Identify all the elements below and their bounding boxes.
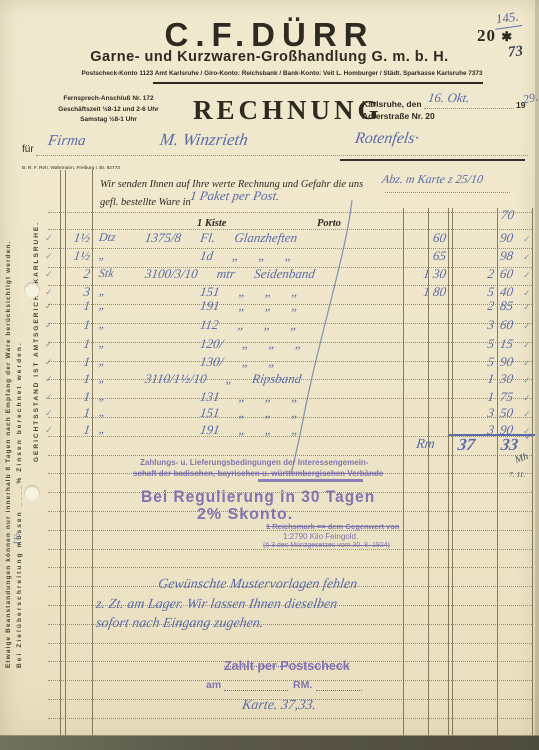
punch-hole-bottom [24, 485, 40, 501]
stamp-gold-line3: (§ 3 des Münzgesetzes vom 30. 8. 1924) [263, 542, 390, 549]
pencil-date: 7. 11. [509, 470, 525, 479]
scan-right-edge [535, 0, 539, 750]
punch-hole-top [24, 282, 40, 298]
scan-bottom-edge [0, 735, 539, 750]
pen-stroke [0, 0, 539, 750]
stamp-underline-bar [258, 479, 363, 482]
invoice-document: 145. 20 ✱ 73 C.F.DÜRR Garne- und Kurzwar… [0, 0, 539, 750]
stamp-conditions-line1: Zahlungs- u. Lieferungsbedingungen der I… [140, 458, 368, 467]
total-currency-label: Rm [415, 437, 436, 453]
stamp-postscheck: Zahlt per Postscheck [224, 659, 350, 673]
handwritten-note-line3: sofort nach Eingang zugehen. [95, 616, 264, 632]
stamp-conditions-line2: schaft der badischen, bayrischen u. würt… [133, 469, 383, 478]
stamp-gold-line2: 1:2790 Kilo Feingold. [283, 532, 358, 541]
total-amount-pf: 33 [500, 435, 520, 455]
rm-blank-line [316, 690, 362, 691]
stamp-gold-line1: 1 Reichsmark == dem Gegenwert von [266, 522, 399, 531]
stamp-rm-label: RM. [293, 679, 312, 691]
handwritten-note-line1: Gewünschte Mustervorlagen fehlen [157, 577, 358, 593]
handwritten-bottom-sum: Karte. 37,33. [241, 698, 317, 714]
handwritten-note-line2: z. Zt. am Lager. Wir lassen Ihnen diesel… [95, 597, 338, 613]
total-check-icon: ✓ [524, 430, 533, 443]
total-amount-rm: 37 [457, 435, 477, 455]
stamp-skonto-line1: Bei Regulierung in 30 Tagen [141, 489, 375, 508]
stamp-am-label: am [206, 679, 221, 691]
am-blank-line [224, 690, 288, 691]
